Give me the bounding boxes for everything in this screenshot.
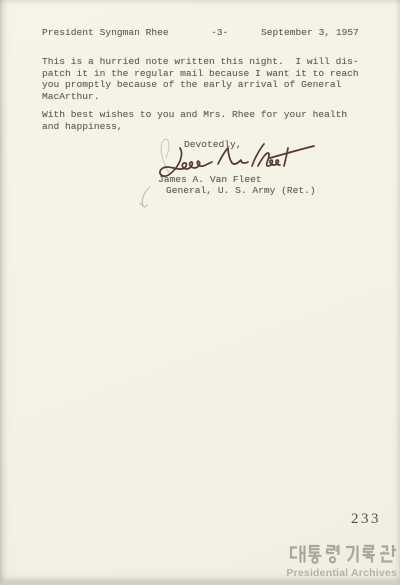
hangul-tong <box>309 546 322 563</box>
hangul-dae <box>291 546 305 563</box>
header-page-indicator: -3- <box>211 27 228 39</box>
hangul-gwan <box>380 545 396 562</box>
header-recipient: President Syngman Rhee <box>42 27 169 39</box>
hangul-rok <box>363 546 376 563</box>
typed-title: General, U. S. Army (Ret.) <box>166 185 316 197</box>
body-paragraph-2: With best wishes to you and Mrs. Rhee fo… <box>42 109 372 132</box>
hangul-gi <box>346 546 358 563</box>
archive-page-number: 233 <box>351 511 381 528</box>
pencil-mark <box>138 186 154 210</box>
letter-page: President Syngman Rhee -3- September 3, … <box>0 0 400 585</box>
korean-watermark <box>289 544 397 565</box>
typed-name: James A. Van Fleet <box>158 174 262 186</box>
body-paragraph-1: This is a hurried note written this nigh… <box>42 56 372 102</box>
header-date: September 3, 1957 <box>261 27 359 39</box>
page-bottom-edge <box>0 578 400 585</box>
english-watermark: Presidential Archives <box>257 567 397 579</box>
hangul-ryeong <box>327 545 339 562</box>
